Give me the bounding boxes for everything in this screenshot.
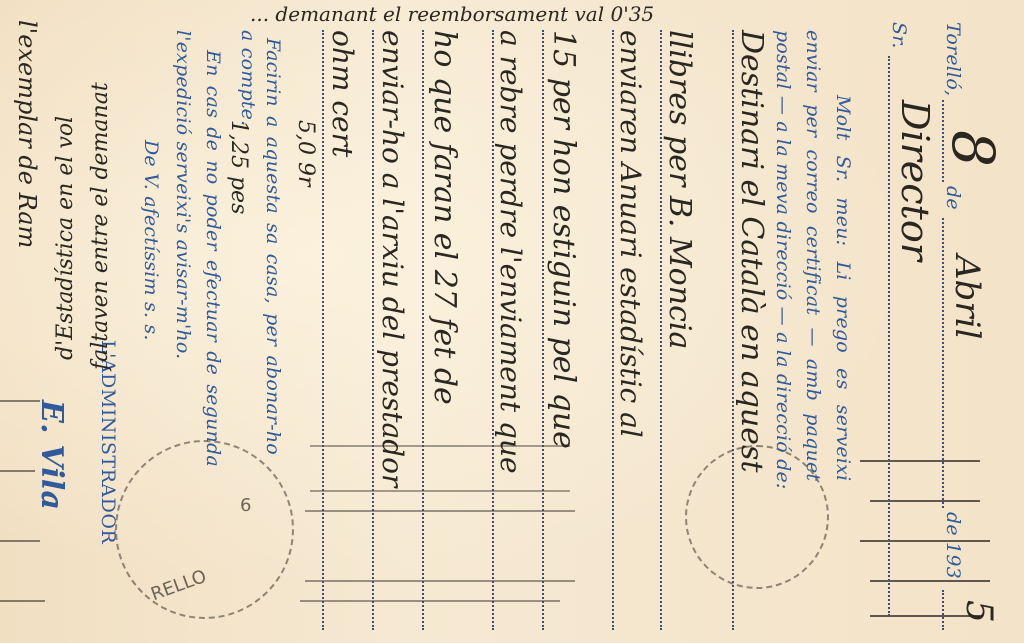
writing-line-6 [422, 30, 424, 630]
signature-title: L'ADMINISTRADOR [98, 340, 117, 544]
writing-line-7 [372, 30, 374, 630]
handwritten-year: 5 [960, 600, 996, 623]
handwritten-line-6: ho que faran el 27 fet de [429, 30, 459, 405]
handwritten-line-3: enviaren Anuari estadístic al [616, 30, 644, 438]
date-year-line [942, 590, 944, 630]
closing-line-4: l'expedició serveixi's avisar-m'ho. [173, 30, 192, 359]
handwritten-margin-note-1: l'exemplar de Ram [15, 20, 39, 248]
salutation-label: Sr. [889, 22, 908, 49]
handwritten-day: 8 [944, 130, 1002, 167]
handwritten-line-5: a rebre perdre l'enviament que [496, 30, 524, 474]
handwritten-line-8: ohm cert [328, 30, 356, 157]
handwritten-line-2: llibres per B. Moncia [664, 30, 694, 349]
handwritten-scribble-b: 1,25 pes [227, 120, 249, 214]
writing-line-4 [542, 30, 544, 630]
closing-line-2: a compte. [238, 30, 257, 126]
closing-line-5: De V. afectíssim s. s. [141, 140, 160, 341]
handwritten-scribble-a: 5,0 9r [294, 120, 316, 187]
closing-line-3: En cas de no poder efectuar de segunda [203, 50, 222, 467]
body-line-1: Molt Sr. meu: Li prego es serveixi [833, 95, 852, 481]
closing-line-1: Facirin a aquesta sa casa, per abonar-ho [263, 38, 282, 455]
handwritten-recipient: Director [896, 100, 934, 261]
handwritten-line-7: enviar-ho a l'arxiu del prestador [378, 30, 406, 487]
date-month-line [942, 218, 944, 508]
body-line-3: postal — a la meva direcció — a la direc… [773, 30, 792, 490]
place-label: Torelló, [943, 22, 962, 96]
handwritten-line-1: Destinari el Català en aquest [736, 30, 766, 472]
date-de-2: de 193 [943, 512, 962, 579]
postcard: 6 RELLO Torelló, de de 193 8 Abril 5 Sr.… [0, 0, 1024, 643]
writing-line-8 [322, 30, 324, 630]
handwritten-margin-note-2-screen: d'Estadística en el vol [55, 116, 77, 360]
postcard-text-frame: Torelló, de de 193 8 Abril 5 Sr. Directo… [0, 0, 1024, 643]
date-de-1: de [943, 186, 962, 210]
recipient-line [888, 56, 890, 616]
handwritten-margin-note-3-screen: faltaven entre el demanat [90, 82, 112, 370]
body-line-2: enviar per correo certificat — amb paque… [803, 30, 822, 481]
signature-name: E. Vila [36, 400, 66, 510]
handwritten-line-4: 15 per hon estiguin pel que [548, 30, 578, 449]
handwritten-month: Abril [950, 255, 984, 339]
handwritten-top-note-screen: ... demanant el reemborsament val 0'35 [250, 4, 654, 24]
